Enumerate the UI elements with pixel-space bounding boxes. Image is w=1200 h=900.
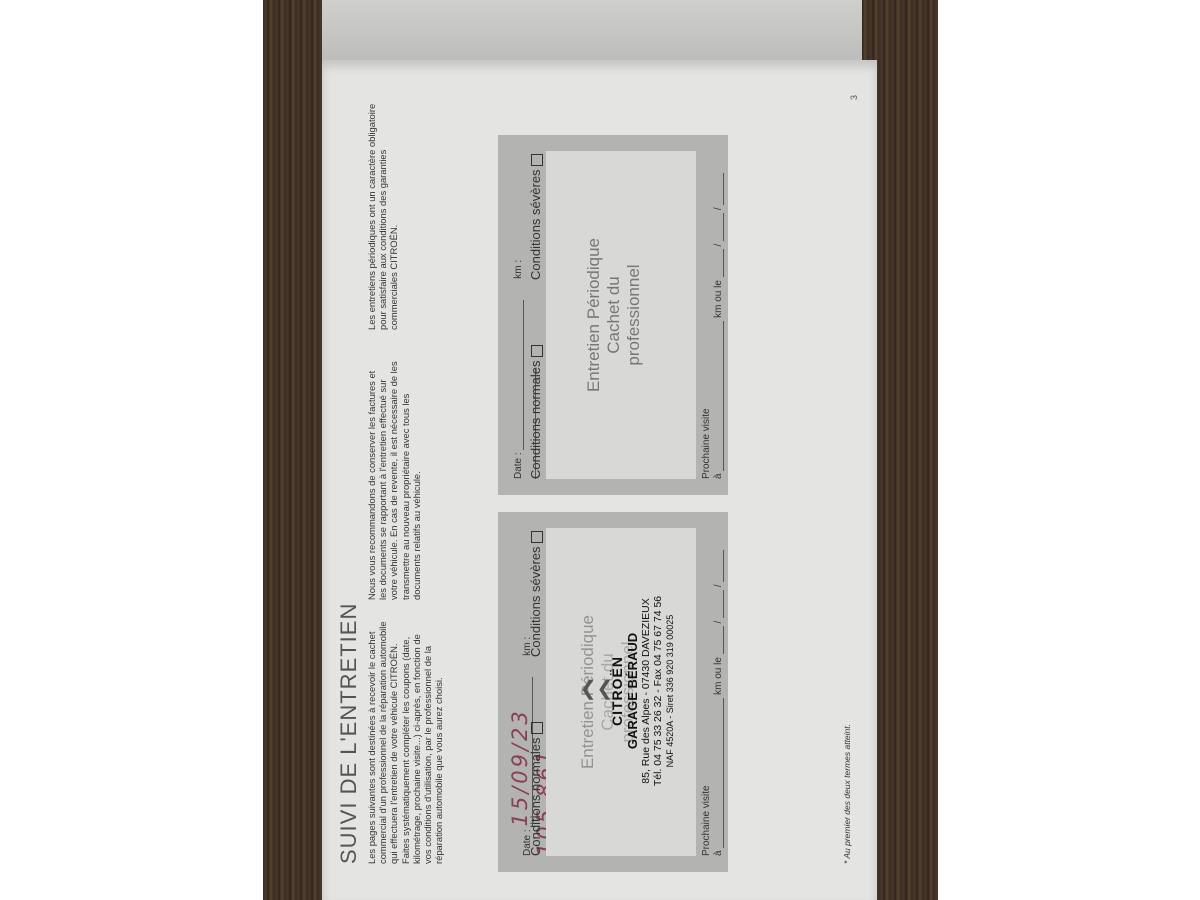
severe-conditions-checkbox[interactable] xyxy=(531,531,543,543)
next-visit-day-field[interactable] xyxy=(723,249,724,277)
intro-paragraph: Les pages suivantes sont destinées à rec… xyxy=(366,619,444,864)
next-visit-month-field[interactable] xyxy=(723,590,724,618)
next-visit-label: Prochaine visite xyxy=(701,408,712,479)
next-visit-year-field[interactable] xyxy=(723,550,724,582)
at-label: à xyxy=(713,850,724,856)
normal-conditions-label: Conditions normales xyxy=(528,737,543,856)
stamp-phone: Tél. 04 75 33 26 32 - Fax 04 75 67 74 56 xyxy=(652,566,664,816)
severe-conditions-label: Conditions sévères xyxy=(528,546,543,657)
normal-conditions-checkbox[interactable] xyxy=(531,345,543,357)
severe-conditions: Conditions sévères xyxy=(528,531,543,657)
next-visit-day-field[interactable] xyxy=(723,626,724,654)
stamp-area: Entretien Périodique Cachet du professio… xyxy=(546,528,696,856)
footnote: * Au premier des deux termes atteint. xyxy=(842,724,852,864)
stamp-placeholder-line-3: professionnel xyxy=(624,151,644,479)
next-visit-km-field[interactable] xyxy=(723,321,724,471)
date-separator: / xyxy=(713,207,724,210)
severe-conditions-label: Conditions sévères xyxy=(528,169,543,280)
normal-conditions: Conditions normales xyxy=(528,345,543,479)
left-page-edge xyxy=(322,0,862,60)
date-separator: / xyxy=(713,621,724,624)
km-or-label: km ou le xyxy=(713,280,724,318)
normal-conditions-checkbox[interactable] xyxy=(531,722,543,734)
next-visit-label: Prochaine visite xyxy=(701,785,712,856)
next-visit-year-field[interactable] xyxy=(723,173,724,205)
maintenance-coupon-2: Date : km : Conditions normales Conditio… xyxy=(498,135,728,495)
page-title: SUIVI DE L'ENTRETIEN xyxy=(336,603,362,864)
km-or-label: km ou le xyxy=(713,657,724,695)
next-visit-km-field[interactable] xyxy=(723,698,724,848)
next-visit-month-field[interactable] xyxy=(723,213,724,241)
severe-conditions-checkbox[interactable] xyxy=(531,154,543,166)
stamp-ids: NAF 4520A - Siret 336 920 319 00025 xyxy=(664,566,676,816)
stamp-placeholder-line-2: Cachet du xyxy=(604,151,624,479)
warranty-paragraph: Les entretiens périodiques ont un caract… xyxy=(366,90,400,330)
rotated-page-content: SUIVI DE L'ENTRETIEN Les pages suivantes… xyxy=(322,60,877,900)
date-field[interactable] xyxy=(512,300,524,450)
normal-conditions-label: Conditions normales xyxy=(528,360,543,479)
stamp-placeholder-line-1: Entretien Périodique xyxy=(584,151,604,479)
date-separator: / xyxy=(713,584,724,587)
stamp-area: Entretien Périodique Cachet du professio… xyxy=(546,151,696,479)
date-label: Date : xyxy=(513,452,524,479)
normal-conditions: Conditions normales xyxy=(528,722,543,856)
severe-conditions: Conditions sévères xyxy=(528,154,543,280)
km-label: km : xyxy=(513,260,524,279)
date-separator: / xyxy=(713,244,724,247)
invoices-paragraph: Nous vous recommandons de conserver les … xyxy=(366,360,422,600)
citroen-logo-icon: ❯❯ xyxy=(584,566,609,816)
page-number: 3 xyxy=(849,95,859,100)
next-visit-row: à km ou le / / xyxy=(713,516,724,856)
stamp-garage-name: GARAGE BÉRAUD xyxy=(625,566,640,816)
stamp-address: 85, Rue des Alpes - 07430 DAVEZIEUX xyxy=(640,566,652,816)
maintenance-coupon-1: Date : 15/09/23 km : 105 861 Conditions … xyxy=(498,512,728,872)
next-visit-row: à km ou le / / xyxy=(713,139,724,479)
garage-stamp: ❯❯ CITROËN GARAGE BÉRAUD 85, Rue des Alp… xyxy=(584,566,676,816)
at-label: à xyxy=(713,473,724,479)
